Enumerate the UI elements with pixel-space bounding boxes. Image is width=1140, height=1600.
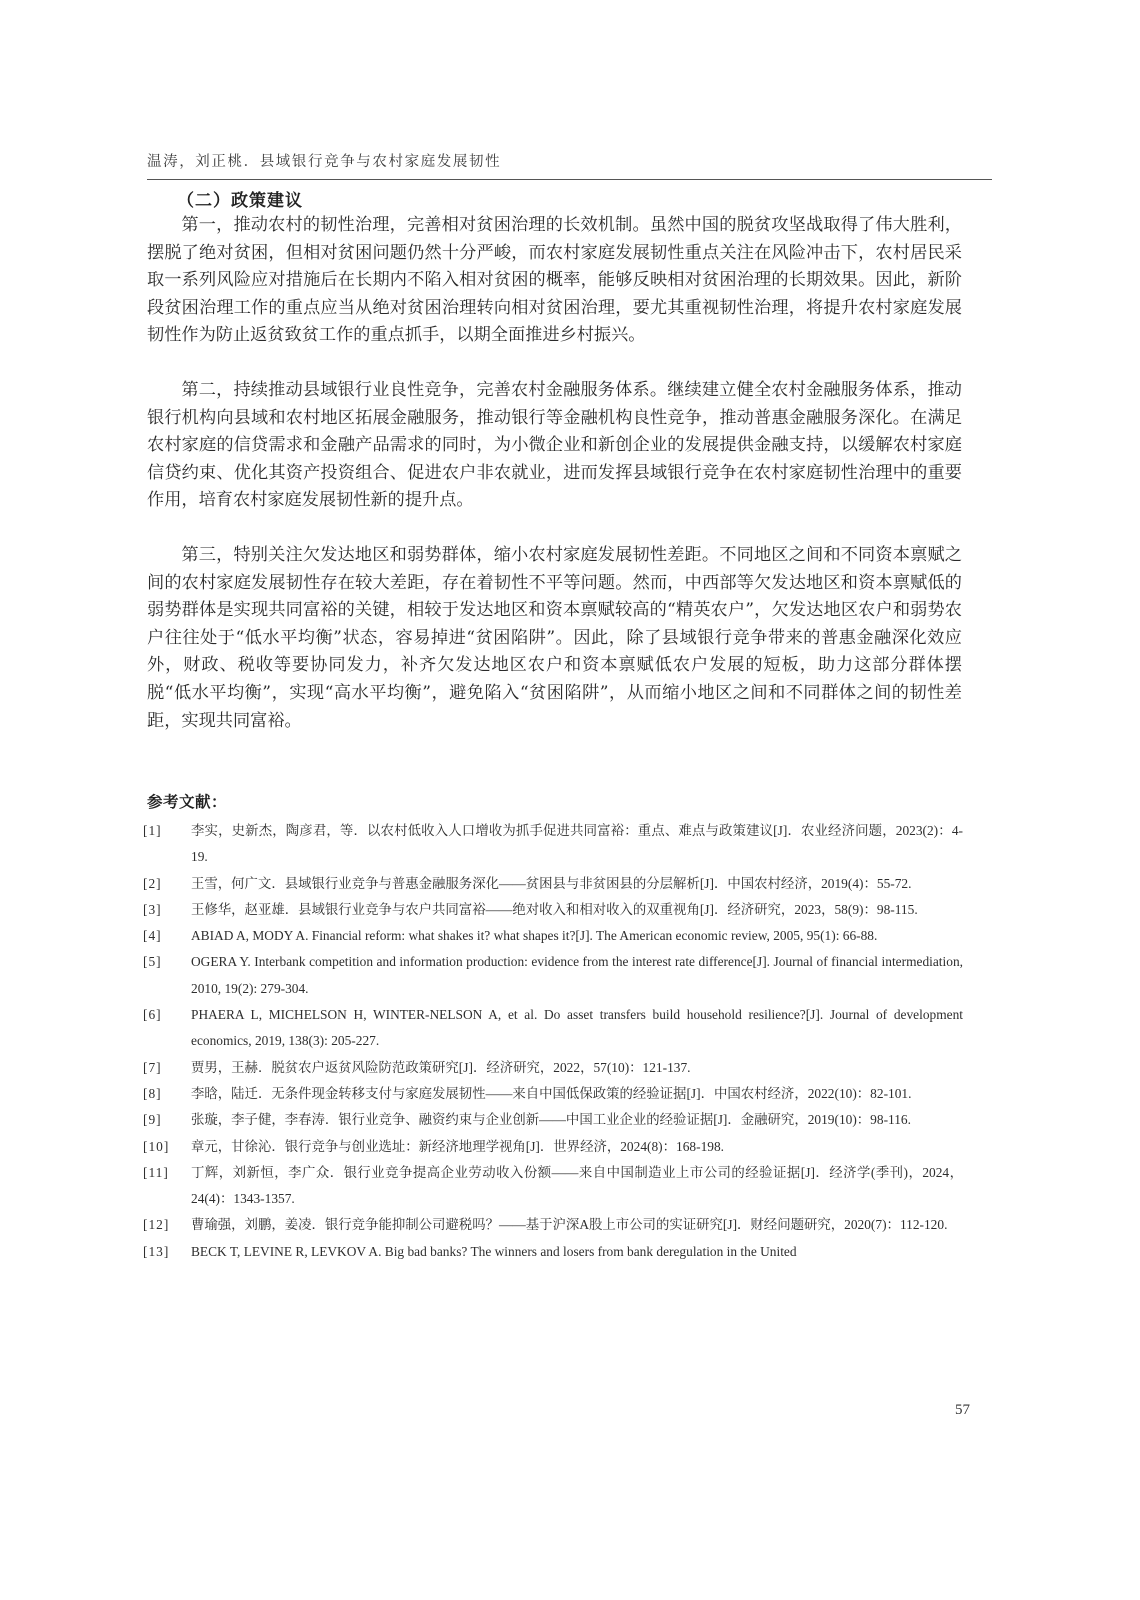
reference-item: [12] 曹瑜强，刘鹏，姜凌．银行竞争能抑制公司避税吗？——基于沪深A股上市公司… [143,1212,963,1238]
paragraph-text: 第二，持续推动县域银行业良性竞争，完善农村金融服务体系。继续建立健全农村金融服务… [147,377,962,515]
reference-number: [5] [143,949,191,975]
reference-text: BECK T, LEVINE R, LEVKOV A. Big bad bank… [191,1239,963,1265]
reference-number: [4] [143,923,191,949]
reference-item: [1] 李实，史新杰，陶彦君，等．以农村低收入人口增收为抓手促进共同富裕：重点、… [143,818,963,871]
reference-number: [11] [143,1160,191,1186]
body-paragraph-2: 第二，持续推动县域银行业良性竞争，完善农村金融服务体系。继续建立健全农村金融服务… [147,377,962,515]
reference-item: [6] PHAERA L, MICHELSON H, WINTER-NELSON… [143,1002,963,1055]
reference-item: [3] 王修华，赵亚雄．县域银行业竞争与农户共同富裕——绝对收入和相对收入的双重… [143,897,963,923]
running-header: 温涛，刘正桃．县域银行竞争与农村家庭发展韧性 [147,150,992,176]
reference-item: [13] BECK T, LEVINE R, LEVKOV A. Big bad… [143,1239,963,1265]
reference-number: [6] [143,1002,191,1028]
reference-number: [7] [143,1055,191,1081]
paper-page: 温涛，刘正桃．县域银行竞争与农村家庭发展韧性 （二）政策建议 第一，推动农村的韧… [147,0,992,1600]
reference-number: [3] [143,897,191,923]
page-number: 57 [955,1402,970,1419]
body-paragraph-3: 第三，特别关注欠发达地区和弱势群体，缩小农村家庭发展韧性差距。不同地区之间和不同… [147,542,962,735]
section-heading: （二）政策建议 [177,186,303,211]
reference-item: [10] 章元，甘徐沁．银行竞争与创业选址：新经济地理学视角[J]．世界经济，2… [143,1134,963,1160]
references-heading: 参考文献： [147,790,227,812]
paragraph-text: 第一，推动农村的韧性治理，完善相对贫困治理的长效机制。虽然中国的脱贫攻坚战取得了… [147,212,962,350]
reference-number: [13] [143,1239,191,1265]
reference-number: [1] [143,818,191,844]
reference-text: OGERA Y. Interbank competition and infor… [191,949,963,1002]
reference-text: 李实，史新杰，陶彦君，等．以农村低收入人口增收为抓手促进共同富裕：重点、难点与政… [191,818,963,871]
reference-text: 王修华，赵亚雄．县域银行业竞争与农户共同富裕——绝对收入和相对收入的双重视角[J… [191,897,963,923]
reference-number: [10] [143,1134,191,1160]
reference-item: [8] 李晗，陆迁．无条件现金转移支付与家庭发展韧性——来自中国低保政策的经验证… [143,1081,963,1107]
reference-number: [8] [143,1081,191,1107]
header-divider [147,179,992,180]
reference-number: [12] [143,1212,191,1238]
reference-number: [2] [143,871,191,897]
reference-item: [9] 张璇，李子健，李春涛．银行业竞争、融资约束与企业创新——中国工业企业的经… [143,1107,963,1133]
reference-text: PHAERA L, MICHELSON H, WINTER-NELSON A, … [191,1002,963,1055]
reference-text: 章元，甘徐沁．银行竞争与创业选址：新经济地理学视角[J]．世界经济，2024(8… [191,1134,963,1160]
reference-text: 曹瑜强，刘鹏，姜凌．银行竞争能抑制公司避税吗？——基于沪深A股上市公司的实证研究… [191,1212,963,1238]
reference-list: [1] 李实，史新杰，陶彦君，等．以农村低收入人口增收为抓手促进共同富裕：重点、… [143,818,963,1265]
reference-item: [4] ABIAD A, MODY A. Financial reform: w… [143,923,963,949]
reference-item: [2] 王雪，何广文．县域银行业竞争与普惠金融服务深化——贫困县与非贫困县的分层… [143,871,963,897]
reference-item: [11] 丁辉，刘新恒，李广众．银行业竞争提高企业劳动收入份额——来自中国制造业… [143,1160,963,1213]
reference-item: [5] OGERA Y. Interbank competition and i… [143,949,963,1002]
reference-number: [9] [143,1107,191,1133]
reference-text: 贾男，王赫．脱贫农户返贫风险防范政策研究[J]．经济研究，2022，57(10)… [191,1055,963,1081]
reference-text: ABIAD A, MODY A. Financial reform: what … [191,923,963,949]
reference-item: [7] 贾男，王赫．脱贫农户返贫风险防范政策研究[J]．经济研究，2022，57… [143,1055,963,1081]
reference-text: 丁辉，刘新恒，李广众．银行业竞争提高企业劳动收入份额——来自中国制造业上市公司的… [191,1160,963,1213]
reference-text: 张璇，李子健，李春涛．银行业竞争、融资约束与企业创新——中国工业企业的经验证据[… [191,1107,963,1133]
body-paragraph-1: 第一，推动农村的韧性治理，完善相对贫困治理的长效机制。虽然中国的脱贫攻坚战取得了… [147,212,962,350]
reference-text: 李晗，陆迁．无条件现金转移支付与家庭发展韧性——来自中国低保政策的经验证据[J]… [191,1081,963,1107]
reference-text: 王雪，何广文．县域银行业竞争与普惠金融服务深化——贫困县与非贫困县的分层解析[J… [191,871,963,897]
paragraph-text: 第三，特别关注欠发达地区和弱势群体，缩小农村家庭发展韧性差距。不同地区之间和不同… [147,542,962,735]
